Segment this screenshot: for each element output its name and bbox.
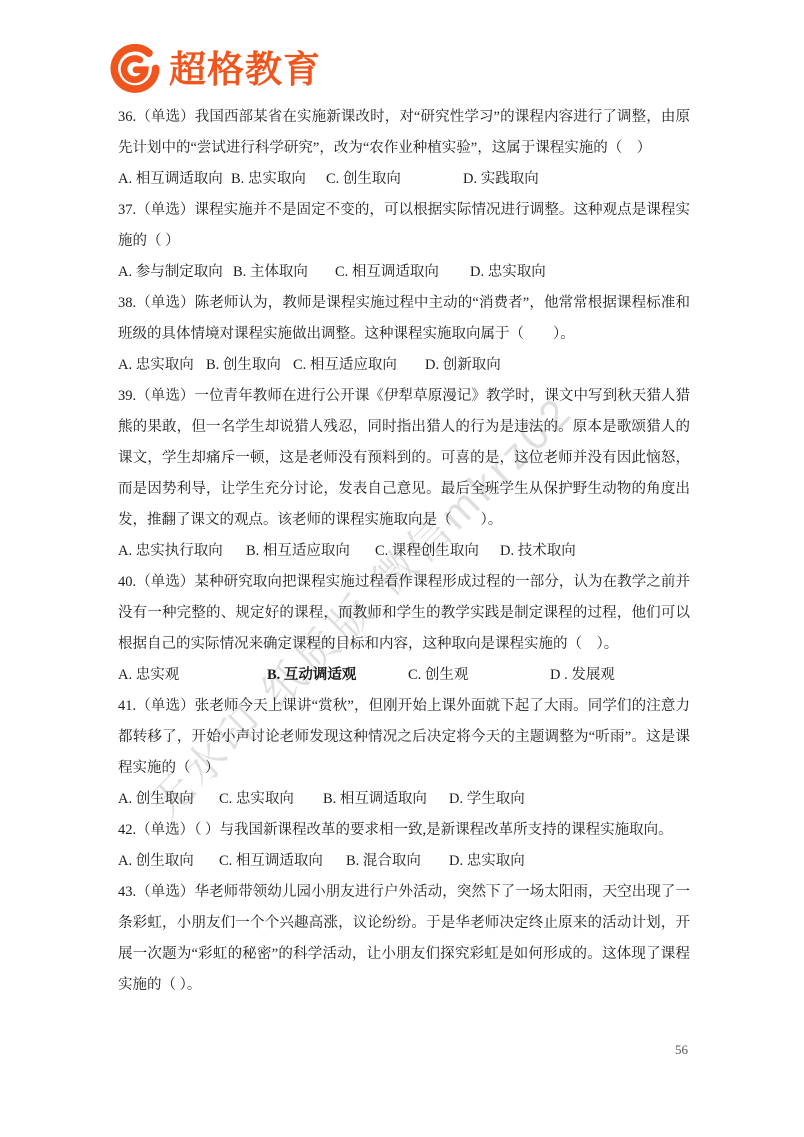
question-40-option-D: D . 发展观 xyxy=(550,660,615,691)
question-36: 36.（单选）我国西部某省在实施新课改时，对“研究性学习”的课程内容进行了调整，… xyxy=(118,102,690,195)
question-40: 40.（单选）某种研究取向把课程实施过程看作课程形成过程的一部分，认为在教学之前… xyxy=(118,567,690,691)
question-text-41: 41.（单选）张老师今天上课讲“赏秋”，但刚开始上课外面就下起了大雨。同学们的注… xyxy=(118,691,690,784)
question-38-option-C: C. 相互适应取向 xyxy=(293,350,425,381)
brand-name: 超格教育 xyxy=(169,51,321,88)
question-39-option-D: D. 技术取向 xyxy=(500,536,576,567)
question-39: 39.（单选）一位青年教师在进行公开课《伊犁草原漫记》教学时，课文中写到秋天猎人… xyxy=(118,381,690,567)
question-41-option-C: C. 忠实取向 xyxy=(219,784,323,815)
question-text-38: 38.（单选）陈老师认为，教师是课程实施过程中主动的“消费者”，他常常根据课程标… xyxy=(118,288,690,350)
options-row-37: A. 参与制定取向B. 主体取向C. 相互调适取向D. 忠实取向 xyxy=(118,257,690,288)
question-37-option-D: D. 忠实取向 xyxy=(470,257,546,288)
question-38-option-A: A. 忠实取向 xyxy=(118,350,206,381)
question-text-36: 36.（单选）我国西部某省在实施新课改时，对“研究性学习”的课程内容进行了调整，… xyxy=(118,102,690,164)
question-39-option-A: A. 忠实执行取向 xyxy=(118,536,246,567)
question-36-option-D: D. 实践取向 xyxy=(463,164,539,195)
question-42-option-A: A. 创生取向 xyxy=(118,846,219,877)
question-36-option-C: C. 创生取向 xyxy=(326,164,463,195)
question-42-option-D: D. 忠实取向 xyxy=(449,846,525,877)
options-row-41: A. 创生取向C. 忠实取向B. 相互调适取向D. 学生取向 xyxy=(118,784,690,815)
question-40-option-B: B. 互动调适观 xyxy=(267,660,408,691)
question-text-40: 40.（单选）某种研究取向把课程实施过程看作课程形成过程的一部分，认为在教学之前… xyxy=(118,567,690,660)
question-text-42: 42.（单选）（ ）与我国新课程改革的要求相一致,是新课程改革所支持的课程实施取… xyxy=(118,815,690,846)
question-36-option-B: B. 忠实取向 xyxy=(231,164,326,195)
question-42: 42.（单选）（ ）与我国新课程改革的要求相一致,是新课程改革所支持的课程实施取… xyxy=(118,815,690,877)
question-41-option-B: B. 相互调适取向 xyxy=(323,784,449,815)
brand-logo: 超格教育 xyxy=(110,44,321,94)
question-38: 38.（单选）陈老师认为，教师是课程实施过程中主动的“消费者”，他常常根据课程标… xyxy=(118,288,690,381)
question-41: 41.（单选）张老师今天上课讲“赏秋”，但刚开始上课外面就下起了大雨。同学们的注… xyxy=(118,691,690,815)
options-row-40: A. 忠实观B. 互动调适观C. 创生观D . 发展观 xyxy=(118,660,690,691)
question-36-option-A: A. 相互调适取向 xyxy=(118,164,231,195)
question-37-option-B: B. 主体取向 xyxy=(233,257,335,288)
page-number: 56 xyxy=(675,1042,688,1058)
options-row-36: A. 相互调适取向B. 忠实取向C. 创生取向D. 实践取向 xyxy=(118,164,690,195)
question-text-43: 43.（单选）华老师带领幼儿园小朋友进行户外活动，突然下了一场太阳雨，天空出现了… xyxy=(118,877,690,1001)
question-37-option-A: A. 参与制定取向 xyxy=(118,257,233,288)
question-39-option-C: C. 课程创生取向 xyxy=(375,536,500,567)
questions-list: 36.（单选）我国西部某省在实施新课改时，对“研究性学习”的课程内容进行了调整，… xyxy=(118,102,690,1001)
question-43: 43.（单选）华老师带领幼儿园小朋友进行户外活动，突然下了一场太阳雨，天空出现了… xyxy=(118,877,690,1001)
question-42-option-B: B. 混合取向 xyxy=(346,846,449,877)
question-text-39: 39.（单选）一位青年教师在进行公开课《伊犁草原漫记》教学时，课文中写到秋天猎人… xyxy=(118,381,690,536)
options-row-42: A. 创生取向C. 相互调适取向B. 混合取向D. 忠实取向 xyxy=(118,846,690,877)
document-page: 超格教育 无水印 纸质版 微信mkrz02 36.（单选）我国西部某省在实施新课… xyxy=(0,0,804,1137)
chaoge-g-logo-icon xyxy=(110,44,160,94)
question-38-option-D: D. 创新取向 xyxy=(425,350,501,381)
question-38-option-B: B. 创生取向 xyxy=(206,350,293,381)
question-40-option-A: A. 忠实观 xyxy=(118,660,267,691)
options-row-39: A. 忠实执行取向B. 相互适应取向C. 课程创生取向D. 技术取向 xyxy=(118,536,690,567)
question-41-option-D: D. 学生取向 xyxy=(449,784,525,815)
question-37-option-C: C. 相互调适取向 xyxy=(335,257,470,288)
question-41-option-A: A. 创生取向 xyxy=(118,784,219,815)
question-39-option-B: B. 相互适应取向 xyxy=(246,536,375,567)
question-37: 37.（单选）课程实施并不是固定不变的，可以根据实际情况进行调整。这种观点是课程… xyxy=(118,195,690,288)
question-42-option-C: C. 相互调适取向 xyxy=(219,846,346,877)
question-40-option-C: C. 创生观 xyxy=(408,660,550,691)
options-row-38: A. 忠实取向B. 创生取向C. 相互适应取向D. 创新取向 xyxy=(118,350,690,381)
question-text-37: 37.（单选）课程实施并不是固定不变的，可以根据实际情况进行调整。这种观点是课程… xyxy=(118,195,690,257)
